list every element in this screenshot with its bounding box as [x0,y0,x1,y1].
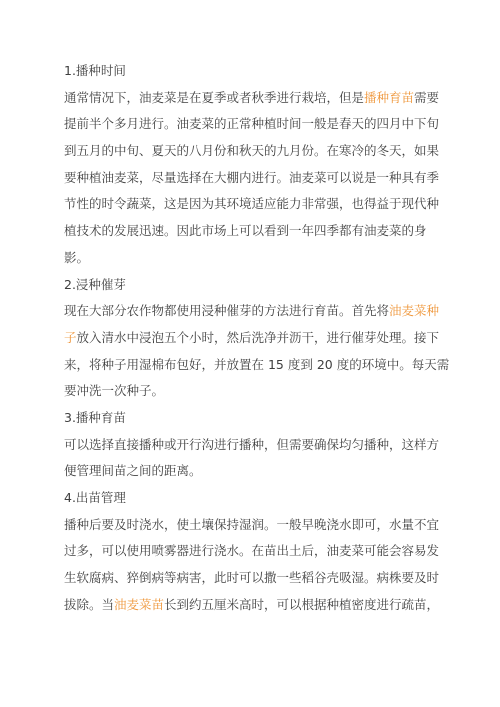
text-run: 要冲洗一次种子。 [64,383,164,398]
text-run: 便管理间苗之间的距离。 [64,463,202,478]
keyword-link[interactable]: 播种育苗 [364,90,414,105]
text-run: 影。 [64,250,89,265]
text-line: 来，将种子用湿棉布包好，并放置在 15 度到 20 度的环境中。每天需 [64,352,449,379]
section-heading: 2.浸种催芽 [64,272,449,299]
text-run: 拔除。当 [64,597,114,612]
text-run: 植技术的发展迅速。因此市场上可以看到一年四季都有油麦菜的身 [64,223,427,238]
text-run: 需要 [414,90,439,105]
text-run: 到五月的中旬、夏天的八月份和秋天的九月份。在寒冷的冬天，如果 [64,143,439,158]
text-line: 子放入清水中浸泡五个小时，然后洗净并沥干，进行催芽处理。接下 [64,325,449,352]
text-line: 提前半个多月进行。油麦菜的正常种植时间一般是春天的四月中下旬 [64,111,449,138]
text-line: 拔除。当油麦菜苗长到约五厘米高时，可以根据种植密度进行疏苗， [64,592,449,619]
text-run: 来，将种子用湿棉布包好，并放置在 15 度到 20 度的环境中。每天需 [64,357,449,372]
text-line: 现在大部分农作物都使用浸种催芽的方法进行育苗。首先将油麦菜种 [64,298,449,325]
section-heading: 4.出苗管理 [64,485,449,512]
text-line: 可以选择直接播种或开行沟进行播种，但需要确保均匀播种，这样方 [64,432,449,459]
text-line: 过多，可以使用喷雾器进行浇水。在苗出土后，油麦菜可能会容易发 [64,538,449,565]
text-run: 放入清水中浸泡五个小时，然后洗净并沥干，进行催芽处理。接下 [77,330,440,345]
text-line: 节性的时令蔬菜，这是因为其环境适应能力非常强，也得益于现代种 [64,191,449,218]
text-run: 现在大部分农作物都使用浸种催芽的方法进行育苗。首先将 [64,303,389,318]
text-run: 生软腐病、猝倒病等病害，此时可以撒一些稻谷壳吸湿。病株要及时 [64,570,439,585]
text-line: 要冲洗一次种子。 [64,378,449,405]
text-run: 提前半个多月进行。油麦菜的正常种植时间一般是春天的四月中下旬 [64,116,439,131]
text-line: 到五月的中旬、夏天的八月份和秋天的九月份。在寒冷的冬天，如果 [64,138,449,165]
section-heading: 1.播种时间 [64,58,449,85]
text-run: 节性的时令蔬菜，这是因为其环境适应能力非常强，也得益于现代种 [64,196,439,211]
text-run: 长到约五厘米高时，可以根据种植密度进行疏苗， [164,597,439,612]
text-run: 过多，可以使用喷雾器进行浇水。在苗出土后，油麦菜可能会容易发 [64,543,439,558]
text-line: 影。 [64,245,449,272]
text-line: 通常情况下，油麦菜是在夏季或者秋季进行栽培，但是播种育苗需要 [64,85,449,112]
article-content: 1.播种时间通常情况下，油麦菜是在夏季或者秋季进行栽培，但是播种育苗需要提前半个… [64,58,449,618]
text-run: 要种植油麦菜，尽量选择在大棚内进行。油麦菜可以说是一种具有季 [64,170,439,185]
article-page: 1.播种时间通常情况下，油麦菜是在夏季或者秋季进行栽培，但是播种育苗需要提前半个… [0,0,500,707]
keyword-link[interactable]: 油麦菜苗 [114,597,164,612]
text-run: 通常情况下，油麦菜是在夏季或者秋季进行栽培，但是 [64,90,364,105]
text-run: 播种后要及时浇水，使土壤保持湿润。一般早晚浇水即可，水量不宜 [64,517,439,532]
text-line: 便管理间苗之间的距离。 [64,458,449,485]
text-line: 生软腐病、猝倒病等病害，此时可以撒一些稻谷壳吸湿。病株要及时 [64,565,449,592]
text-line: 要种植油麦菜，尽量选择在大棚内进行。油麦菜可以说是一种具有季 [64,165,449,192]
keyword-link[interactable]: 油麦菜种 [389,303,439,318]
keyword-link[interactable]: 子 [64,330,77,345]
section-heading: 3.播种育苗 [64,405,449,432]
text-line: 播种后要及时浇水，使土壤保持湿润。一般早晚浇水即可，水量不宜 [64,512,449,539]
text-line: 植技术的发展迅速。因此市场上可以看到一年四季都有油麦菜的身 [64,218,449,245]
text-run: 可以选择直接播种或开行沟进行播种，但需要确保均匀播种，这样方 [64,437,439,452]
